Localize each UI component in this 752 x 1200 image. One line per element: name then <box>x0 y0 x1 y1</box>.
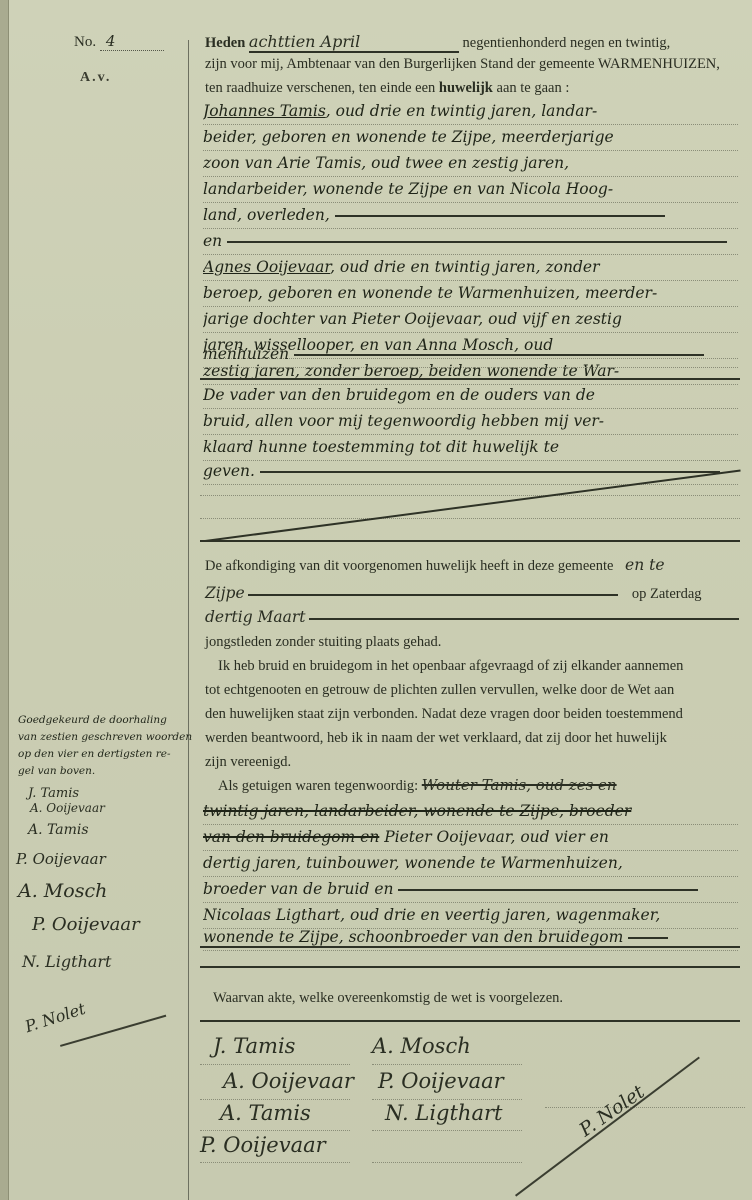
witness-line-1: Als getuigen waren tegenwoordig: Wouter … <box>218 776 617 795</box>
margin-sig-2: A. Ooijevaar <box>30 801 105 815</box>
struck-witness-1: Wouter Tamis, oud zes en <box>422 776 617 794</box>
margin-sig-7: N. Ligthart <box>22 952 111 971</box>
margin-sig-4: P. Ooijevaar <box>16 850 106 868</box>
declaration-line-4: werden beantwoord, heb ik in naam der we… <box>205 730 667 747</box>
margin-approval-note: Goedgekeurd de doorhaling van zestien ge… <box>18 712 192 780</box>
witness-line-4: dertig jaren, tuinbouwer, wonende te War… <box>203 850 738 877</box>
declaration-line-1: Ik heb bruid en bruidegom in het openbaa… <box>218 658 683 675</box>
proclamation-line-4: jongstleden zonder stuiting plaats gehad… <box>205 634 441 651</box>
proclamation-line-1: De afkondiging van dit voorgenomen huwel… <box>205 556 665 575</box>
signature-n-ligthart: N. Ligthart <box>385 1101 502 1125</box>
margin-sig-6: P. Ooijevaar <box>32 914 140 935</box>
signature-a-ooijevaar: A. Ooijevaar <box>223 1069 354 1093</box>
section-rule <box>200 378 740 380</box>
witness-line-3: van den bruidegom en Pieter Ooijevaar, o… <box>203 824 738 851</box>
margin-sig-3: A. Tamis <box>28 822 89 838</box>
proclamation-line-2: Zijpe op Zaterdag <box>205 584 702 603</box>
witness-line-2: twintig jaren, landarbeider, wonende te … <box>203 798 738 825</box>
signature-official: P. Nolet <box>575 1081 648 1141</box>
declaration-line-3: den huwelijken staat zijn verbonden. Nad… <box>205 706 683 723</box>
section-rule <box>200 540 740 542</box>
signature-j-tamis: J. Tamis <box>213 1034 295 1058</box>
signature-p-ooijevaar-1: P. Ooijevaar <box>200 1133 326 1157</box>
consent-line-2: bruid, allen voor mij tegenwoordig hebbe… <box>203 408 738 435</box>
signature-a-tamis: A. Tamis <box>220 1101 311 1125</box>
closing-line: Waarvan akte, welke overeenkomstig de we… <box>213 990 563 1007</box>
signature-a-mosch: A. Mosch <box>372 1034 471 1058</box>
document-body: menhuizen De vader van den bruidegom en … <box>0 0 752 1200</box>
margin-sig-8: P. Nolet <box>23 999 88 1036</box>
bride-line-last: menhuizen <box>203 341 738 368</box>
proclamation-line-3: dertig Maart <box>205 608 739 627</box>
consent-line-1: De vader van den bruidegom en de ouders … <box>203 382 738 409</box>
official-flourish <box>515 1057 700 1197</box>
declaration-line-5: zijn vereenigd. <box>205 754 291 771</box>
witness-line-5: broeder van de bruid en <box>203 876 738 903</box>
margin-sig-5: A. Mosch <box>18 880 107 902</box>
consent-line-3: klaard hunne toestemming tot dit huwelij… <box>203 434 738 461</box>
signature-p-ooijevaar-2: P. Ooijevaar <box>378 1069 504 1093</box>
margin-sig-1: J. Tamis <box>28 786 79 801</box>
declaration-line-2: tot echtgenooten en getrouw de plichten … <box>205 682 674 699</box>
